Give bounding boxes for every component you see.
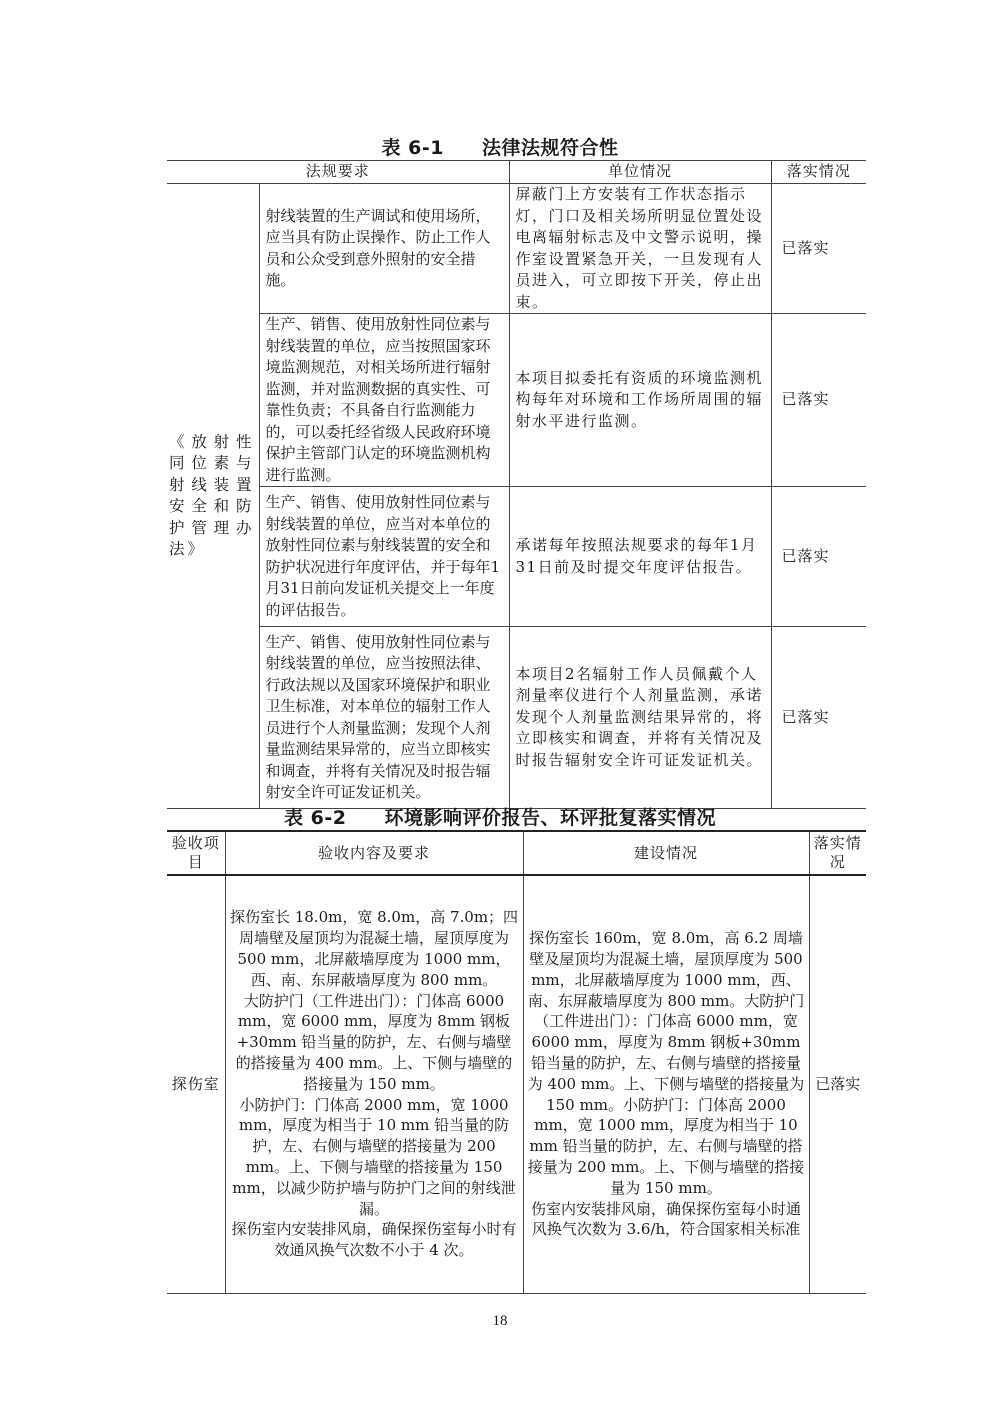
requirement-cell: 生产、销售、使用放射性同位素与射线装置的单位，应当按照法律、行政法规以及国家环境… — [259, 627, 509, 809]
content-paragraph: 大防护门（工件进出门）：门体高 6000 mm，宽 6000 mm，厚度为 8m… — [230, 991, 519, 1095]
table-6-2: 验收项目 验收内容及要求 建设情况 落实情况 探伤室 探伤室长 18.0m，宽 … — [167, 830, 866, 1294]
content-cell: 探伤室长 18.0m，宽 8.0m，高 7.0m；四周墙壁及屋顶均为混凝土墙，屋… — [225, 875, 523, 1293]
table-6-1-caption: 表 6-1法律法规符合性 — [0, 133, 1000, 160]
implementation-cell: 已落实 — [809, 875, 866, 1293]
table-row: 《放射性同位素与射线装置安全和防护管理办法》 射线装置的生产调试和使用场所，应当… — [167, 184, 866, 314]
table-row: 生产、销售、使用放射性同位素与射线装置的单位，应当对本单位的放射性同位素与射线装… — [167, 487, 866, 627]
header-implementation: 落实情况 — [809, 831, 866, 875]
built-cell: 探伤室长 160m，宽 8.0m，高 6.2 周墙壁及屋顶均为混凝土墙，屋顶厚度… — [523, 875, 809, 1293]
unit-situation-cell: 承诺每年按照法规要求的每年1月31日前及时提交年度评估报告。 — [509, 487, 771, 627]
table-6-1-header-row: 法规要求 单位情况 落实情况 — [167, 161, 866, 184]
law-name-cell: 《放射性同位素与射线装置安全和防护管理办法》 — [167, 184, 259, 809]
table-6-2-caption: 表 6-2环境影响评价报告、环评批复落实情况 — [0, 803, 1000, 830]
page-number: 18 — [0, 1313, 1000, 1330]
item-cell: 探伤室 — [167, 875, 225, 1293]
table-6-2-title: 环境影响评价报告、环评批复落实情况 — [384, 807, 716, 829]
header-item: 验收项目 — [167, 831, 225, 875]
implementation-cell: 已落实 — [771, 184, 866, 314]
content-paragraph: 探伤室内安装排风扇，确保探伤室每小时有效通风换气次数不小于 4 次。 — [230, 1219, 519, 1261]
built-paragraph: 伤室内安装排风扇，确保探伤室每小时通风换气次数为 3.6/h，符合国家相关标准 — [528, 1199, 805, 1241]
table-row: 生产、销售、使用放射性同位素与射线装置的单位，应当按照国家环境监测规范，对相关场… — [167, 314, 866, 487]
unit-situation-cell: 本项目拟委托有资质的环境监测机构每年对环境和工作场所周围的辐射水平进行监测。 — [509, 314, 771, 487]
header-content: 验收内容及要求 — [225, 831, 523, 875]
implementation-cell: 已落实 — [771, 314, 866, 487]
built-paragraph: 探伤室长 160m，宽 8.0m，高 6.2 周墙壁及屋顶均为混凝土墙，屋顶厚度… — [528, 928, 805, 1198]
table-6-2-header-row: 验收项目 验收内容及要求 建设情况 落实情况 — [167, 831, 866, 875]
unit-situation-cell: 本项目2名辐射工作人员佩戴个人剂量率仪进行个人剂量监测，承诺发现个人剂量监测结果… — [509, 627, 771, 809]
table-6-1: 法规要求 单位情况 落实情况 《放射性同位素与射线装置安全和防护管理办法》 射线… — [167, 160, 866, 809]
content-paragraph: 小防护门：门体高 2000 mm，宽 1000 mm，厚度为相当于 10 mm … — [230, 1095, 519, 1220]
header-requirement: 法规要求 — [167, 161, 509, 184]
implementation-cell: 已落实 — [771, 627, 866, 809]
table-6-1-number: 表 6-1 — [382, 137, 444, 159]
implementation-cell: 已落实 — [771, 487, 866, 627]
requirement-cell: 射线装置的生产调试和使用场所，应当具有防止误操作、防止工作人员和公众受到意外照射… — [259, 184, 509, 314]
requirement-cell: 生产、销售、使用放射性同位素与射线装置的单位，应当按照国家环境监测规范，对相关场… — [259, 314, 509, 487]
table-6-1-title: 法律法规符合性 — [482, 137, 619, 159]
header-unit-situation: 单位情况 — [509, 161, 771, 184]
unit-situation-cell: 屏蔽门上方安装有工作状态指示灯，门口及相关场所明显位置处设电离辐射标志及中文警示… — [509, 184, 771, 314]
header-implementation: 落实情况 — [771, 161, 866, 184]
content-paragraph: 探伤室长 18.0m，宽 8.0m，高 7.0m；四周墙壁及屋顶均为混凝土墙，屋… — [230, 907, 519, 990]
table-row: 生产、销售、使用放射性同位素与射线装置的单位，应当按照法律、行政法规以及国家环境… — [167, 627, 866, 809]
document-page: 表 6-1法律法规符合性 法规要求 单位情况 落实情况 《放射性同位素与射线装置… — [0, 0, 1000, 1415]
header-built: 建设情况 — [523, 831, 809, 875]
table-6-2-number: 表 6-2 — [284, 807, 346, 829]
table-row: 探伤室 探伤室长 18.0m，宽 8.0m，高 7.0m；四周墙壁及屋顶均为混凝… — [167, 875, 866, 1293]
requirement-cell: 生产、销售、使用放射性同位素与射线装置的单位，应当对本单位的放射性同位素与射线装… — [259, 487, 509, 627]
